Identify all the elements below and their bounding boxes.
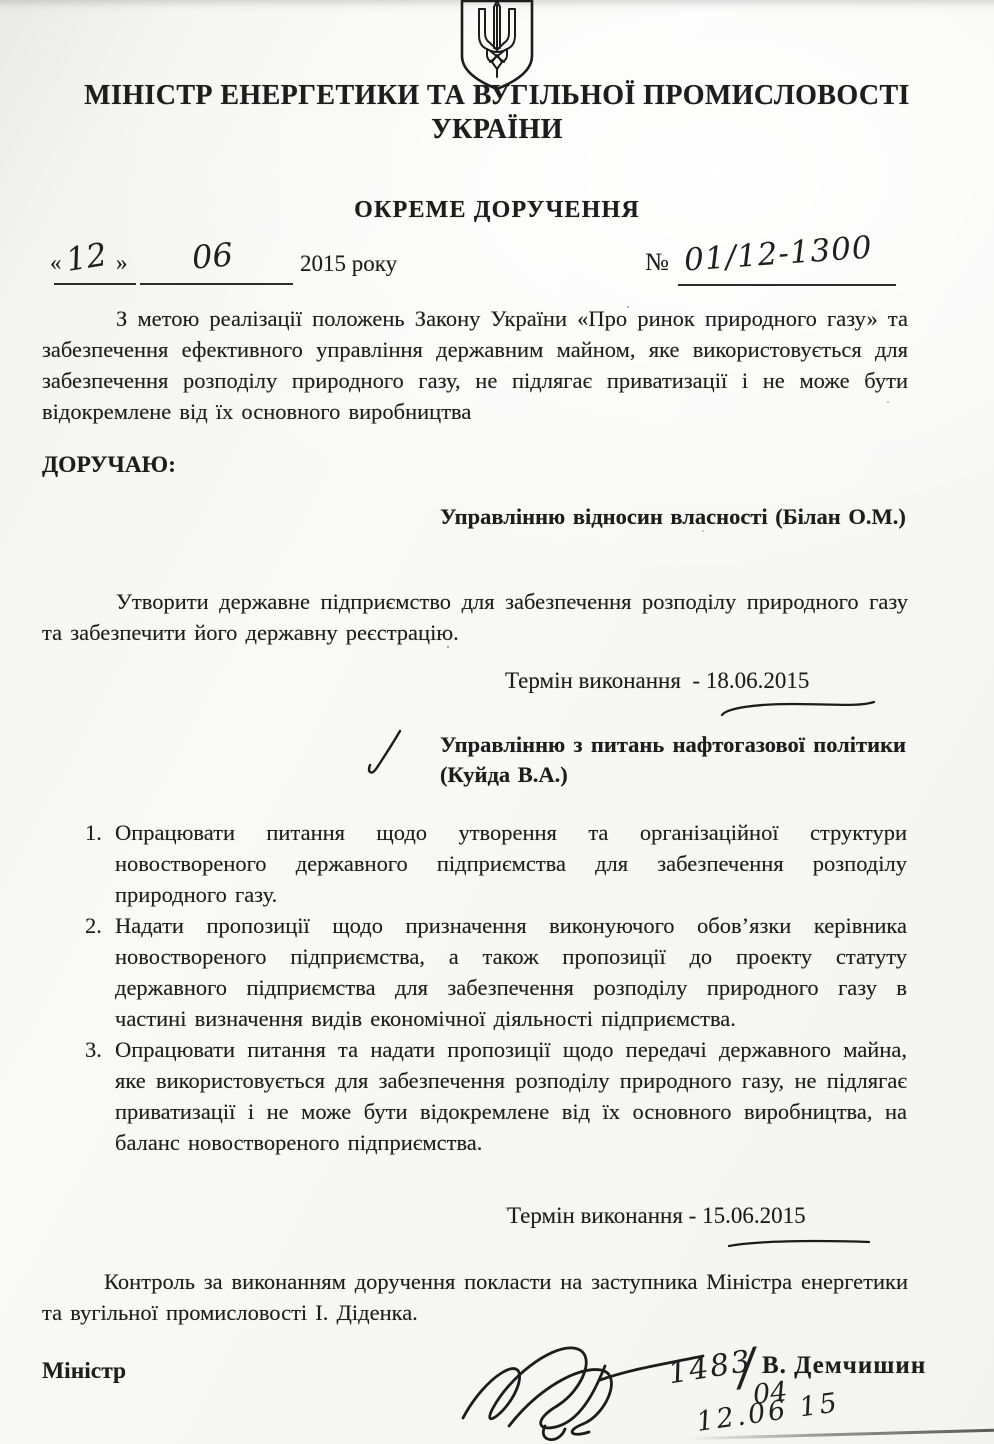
- doc-number-underline: [678, 284, 896, 286]
- assignment1-task: Утворити державне підприємство для забез…: [42, 586, 908, 648]
- item-number: 3.: [85, 1034, 102, 1065]
- handwritten-underline-stroke-2: [727, 1236, 873, 1250]
- ministry-name-line1: МІНІСТР ЕНЕРГЕТИКИ ТА ВУГІЛЬНОЇ ПРОМИСЛО…: [17, 80, 977, 112]
- ukraine-trident-emblem-icon: [454, 0, 540, 92]
- minister-position-label: Міністр: [42, 1358, 126, 1385]
- assignment2-addressee: Управлінню з питань нафтогазової політик…: [440, 730, 906, 790]
- assignment2-item-list: 1. Опрацювати питання щодо утворення та …: [85, 817, 907, 1158]
- assignment1-deadline: Термін виконання - 18.06.2015: [505, 668, 809, 694]
- control-paragraph: Контроль за виконанням доручення покласт…: [42, 1266, 908, 1328]
- handwritten-underline-stroke-1: [718, 699, 878, 719]
- date-quote-close: »: [116, 250, 128, 276]
- handwritten-month: 06: [190, 235, 234, 276]
- intro-paragraph: З метою реалізації положень Закону Украї…: [42, 303, 908, 427]
- month-underline: [140, 283, 293, 285]
- handwritten-checkmark: [364, 729, 408, 777]
- ministry-name-line2: УКРАЇНИ: [17, 114, 977, 146]
- year-label: 2015 року: [300, 251, 397, 277]
- item-text: Надати пропозиції щодо призначення викон…: [115, 910, 907, 1034]
- item-text: Опрацювати питання щодо утворення та орг…: [115, 817, 907, 910]
- document-title: ОКРЕМЕ ДОРУЧЕННЯ: [15, 197, 979, 224]
- handwritten-doc-number: 01/12-1300: [683, 229, 874, 278]
- assignment1-addressee: Управлінню відносин власності (Білан О.М…: [440, 502, 906, 532]
- scanned-directive-document: МІНІСТР ЕНЕРГЕТИКИ ТА ВУГІЛЬНОЇ ПРОМИСЛО…: [0, 0, 994, 1444]
- directive-item-3: 3. Опрацювати питання та надати пропозиц…: [85, 1034, 907, 1158]
- signer-name: В. Демчишин: [762, 1352, 926, 1380]
- item-number: 1.: [85, 817, 102, 848]
- item-number: 2.: [85, 910, 102, 941]
- date-quote-open: «: [50, 250, 62, 276]
- number-sign: №: [645, 249, 669, 277]
- instruct-label: ДОРУЧАЮ:: [42, 452, 176, 479]
- directive-item-2: 2. Надати пропозиції щодо призначення ви…: [85, 910, 907, 1034]
- directive-item-1: 1. Опрацювати питання щодо утворення та …: [85, 817, 907, 910]
- day-underline: [54, 283, 136, 285]
- item-text: Опрацювати питання та надати пропозиції …: [115, 1034, 907, 1158]
- assignment2-deadline: Термін виконання - 15.06.2015: [507, 1203, 806, 1229]
- handwritten-day: 12: [63, 235, 109, 279]
